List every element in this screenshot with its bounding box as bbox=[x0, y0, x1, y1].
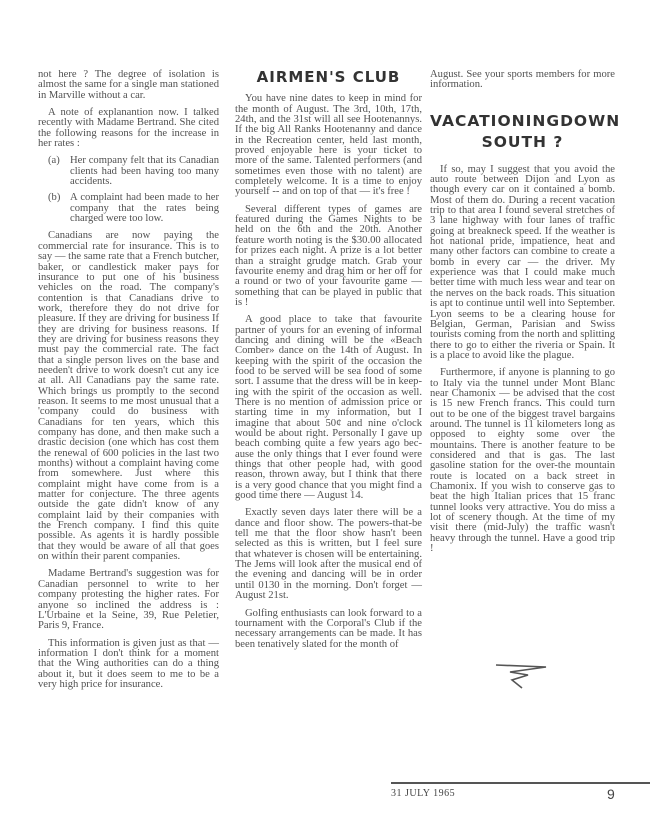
paragraph-golfing: Golfing enthusiasts can look for­ward to… bbox=[235, 609, 422, 650]
paragraph-hootenannys: You have nine dates to keep in mind for … bbox=[235, 94, 422, 197]
paragraph-explanation: A note of explanantion now. I tal­ked re… bbox=[38, 108, 219, 149]
paragraph-auto-route: If so, may I suggest that you avoid the … bbox=[430, 165, 615, 362]
vacationing-heading: VACATIONING DOWN SOUTH ? bbox=[430, 111, 615, 153]
heading-word: DOWN bbox=[560, 111, 620, 132]
heading-line-2: SOUTH ? bbox=[430, 132, 615, 153]
left-column: not here ? The degree of isolation is al… bbox=[38, 70, 219, 697]
reasons-list: (a) Her company felt that its Can­adian … bbox=[38, 156, 219, 224]
paragraph-continuation: not here ? The degree of isolation is al… bbox=[38, 70, 219, 101]
list-item: (a) Her company felt that its Can­adian … bbox=[38, 156, 219, 187]
middle-column: AIRMEN'S CLUB You have nine dates to kee… bbox=[235, 70, 422, 657]
paragraph-floor-show: Exactly seven days later there will be a… bbox=[235, 508, 422, 601]
list-marker: (b) bbox=[38, 193, 70, 224]
heading-word: VACATIONING bbox=[430, 111, 560, 132]
right-column: August. See your sports members for more… bbox=[430, 70, 615, 561]
paragraph-games-nights: Several different types of games are fea… bbox=[235, 205, 422, 308]
paragraph-suggestion: Madame Bertrand's suggestion was for Can… bbox=[38, 569, 219, 631]
footer-rule bbox=[391, 782, 650, 784]
list-marker: (a) bbox=[38, 156, 70, 187]
page-number: 9 bbox=[607, 786, 615, 802]
paragraph-mont-blanc: Furthermore, if anyone is planning to go… bbox=[430, 368, 615, 554]
paragraph-beach-comber: A good place to take that favourite part… bbox=[235, 315, 422, 501]
paragraph-commercial-rate: Canadians are now paying the commercial … bbox=[38, 231, 219, 562]
list-item-text: A complaint had been made to her company… bbox=[70, 193, 219, 224]
paragraph-information: This information is given just as that —… bbox=[38, 639, 219, 691]
signature-squiggle-icon bbox=[494, 663, 550, 691]
list-item: (b) A complaint had been made to her com… bbox=[38, 193, 219, 224]
paragraph-continuation: August. See your sports members for more… bbox=[430, 70, 615, 91]
list-item-text: Her company felt that its Can­adian clie… bbox=[70, 156, 219, 187]
footer-date: 31 JULY 1965 bbox=[391, 788, 455, 799]
airmens-club-heading: AIRMEN'S CLUB bbox=[235, 72, 422, 82]
